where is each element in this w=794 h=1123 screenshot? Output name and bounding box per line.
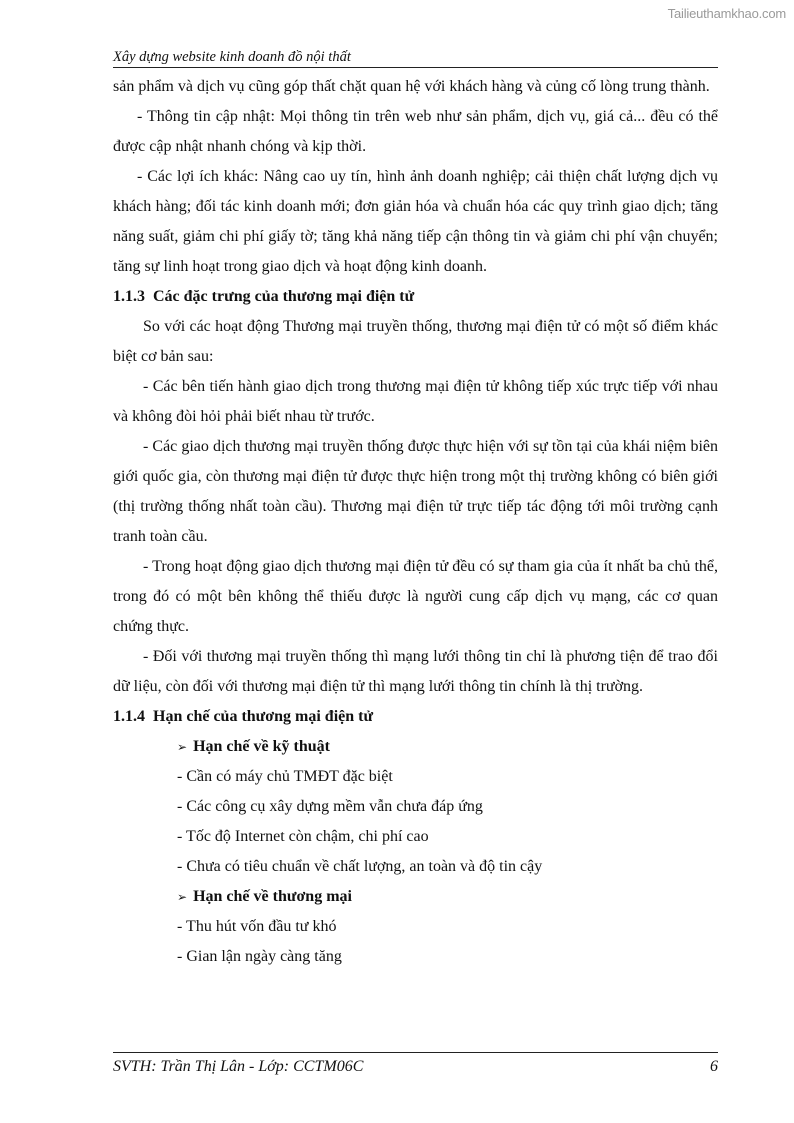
list-item: - Gian lận ngày càng tăng: [177, 942, 718, 972]
section-heading-1-1-4: 1.1.4 Hạn chế của thương mại điện tử: [113, 702, 718, 732]
subheading-label: Hạn chế về thương mại: [193, 888, 352, 905]
section-title: Các đặc trưng của thương mại điện tử: [153, 288, 414, 305]
paragraph: - Đối với thương mại truyền thống thì mạ…: [113, 642, 718, 702]
page-footer: SVTH: Trần Thị Lân - Lớp: CCTM06C 6: [113, 1052, 718, 1079]
paragraph: - Các bên tiến hành giao dịch trong thươ…: [113, 372, 718, 432]
arrow-bullet-icon: ➢: [177, 740, 187, 754]
paragraph: - Thông tin cập nhật: Mọi thông tin trên…: [113, 102, 718, 162]
paragraph: So với các hoạt động Thương mại truyền t…: [113, 312, 718, 372]
subheading-technical: ➢Hạn chế về kỹ thuật: [177, 732, 718, 762]
section-title: Hạn chế của thương mại điện tử: [153, 708, 373, 725]
list-item: - Chưa có tiêu chuẩn về chất lượng, an t…: [177, 852, 718, 882]
paragraph: - Các giao dịch thương mại truyền thống …: [113, 432, 718, 552]
list-item: - Thu hút vốn đầu tư khó: [177, 912, 718, 942]
paragraph: sản phẩm và dịch vụ cũng góp thất chặt q…: [113, 72, 718, 102]
list-item: - Các công cụ xây dựng mềm vẫn chưa đáp …: [177, 792, 718, 822]
watermark: Tailieuthamkhao.com: [668, 6, 786, 21]
list-item: - Tốc độ Internet còn chậm, chi phí cao: [177, 822, 718, 852]
list-item: - Cần có máy chủ TMĐT đặc biệt: [177, 762, 718, 792]
page-header: Xây dựng website kinh doanh đồ nội thất: [113, 47, 718, 68]
section-heading-1-1-3: 1.1.3 Các đặc trưng của thương mại điện …: [113, 282, 718, 312]
section-number: 1.1.3: [113, 282, 149, 312]
paragraph: - Các lợi ích khác: Nâng cao uy tín, hìn…: [113, 162, 718, 282]
footer-author: SVTH: Trần Thị Lân - Lớp: CCTM06C: [113, 1055, 363, 1079]
document-body: sản phẩm và dịch vụ cũng góp thất chặt q…: [113, 72, 718, 972]
arrow-bullet-icon: ➢: [177, 890, 187, 904]
subheading-label: Hạn chế về kỹ thuật: [193, 738, 330, 755]
subheading-commerce: ➢Hạn chế về thương mại: [177, 882, 718, 912]
page-number: 6: [710, 1055, 718, 1079]
section-number: 1.1.4: [113, 702, 149, 732]
paragraph: - Trong hoạt động giao dịch thương mại đ…: [113, 552, 718, 642]
